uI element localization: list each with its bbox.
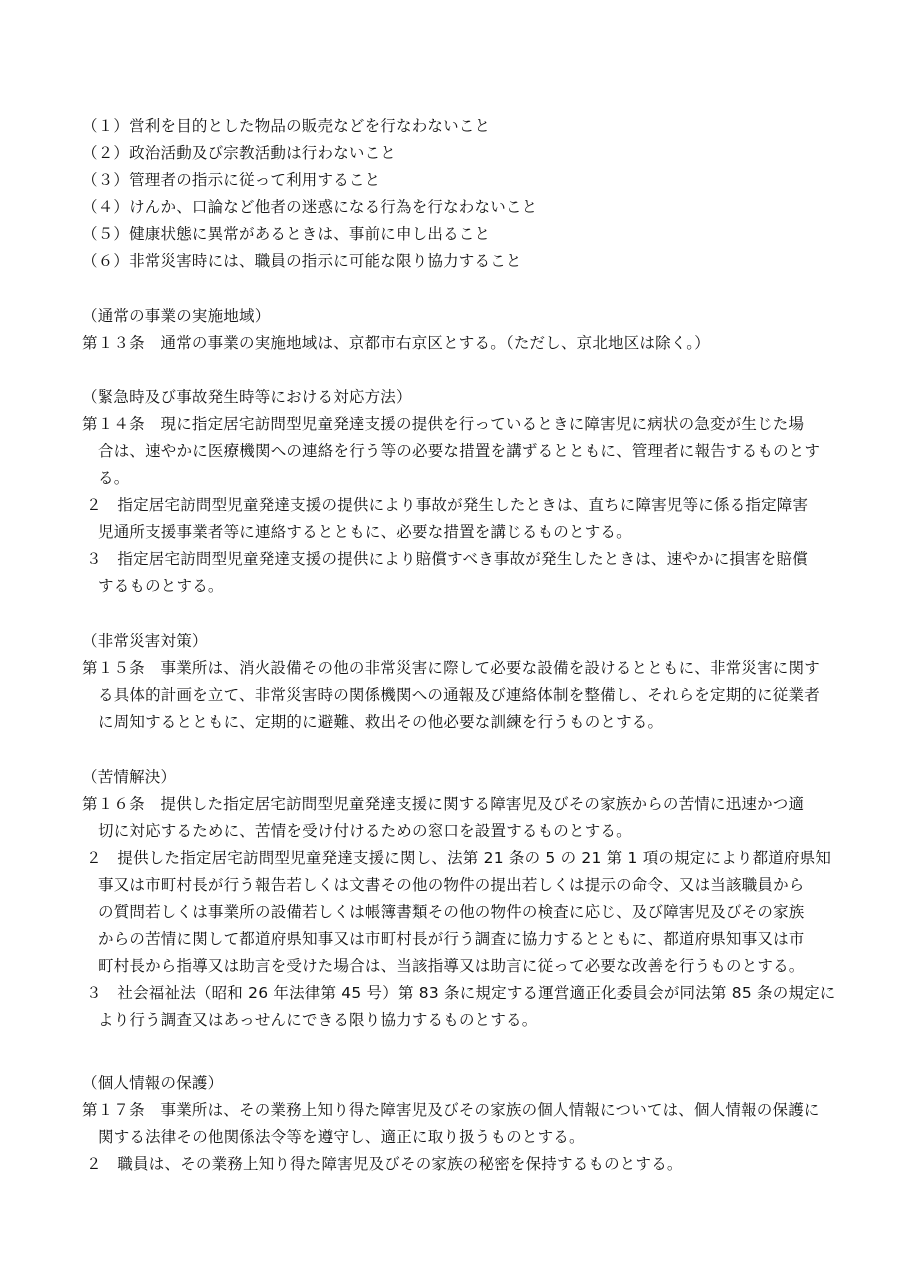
- article-15-line-3: に周知するとともに、定期的に避難、救出その他必要な訓練を行うものとする。: [98, 712, 663, 732]
- article-14-para-3-line-2: するものとする。: [98, 576, 224, 596]
- article-17-para-2: ２ 職員は、その業務上知り得た障害児及びその家族の秘密を保持するものとする。: [86, 1154, 683, 1174]
- article-17-heading: （個人情報の保護）: [82, 1073, 223, 1093]
- article-16-para-2-line-1: ２ 提供した指定居宅訪問型児童発達支援に関し、法第 21 条の 5 の 21 第…: [86, 848, 831, 868]
- article-14-para-3-line-1: ３ 指定居宅訪問型児童発達支援の提供により賠償すべき事故が発生したときは、速やか…: [86, 549, 808, 569]
- document-page: （１）営利を目的とした物品の販売などを行なわないこと （２）政治活動及び宗教活動…: [0, 0, 905, 1280]
- rule-item-6: （６）非常災害時には、職員の指示に可能な限り協力すること: [82, 251, 522, 271]
- article-15-heading: （非常災害対策）: [82, 631, 208, 651]
- article-16-line-2: 切に対応するために、苦情を受け付けるための窓口を設置するものとする。: [98, 821, 632, 841]
- rule-item-2: （２）政治活動及び宗教活動は行わないこと: [82, 143, 396, 163]
- article-16-para-2-line-4: からの苦情に関して都道府県知事又は市町村長が行う調査に協力するとともに、都道府県…: [98, 929, 805, 949]
- article-16-para-2-line-3: の質問若しくは事業所の設備若しくは帳簿書類その他の物件の検査に応じ、及び障害児及…: [98, 902, 805, 922]
- rule-item-4: （４）けんか、口論など他者の迷惑になる行為を行なわないこと: [82, 197, 537, 217]
- article-14-line-1: 第１４条 現に指定居宅訪問型児童発達支援の提供を行っているときに障害児に病状の急…: [82, 414, 804, 434]
- article-14-heading: （緊急時及び事故発生時等における対応方法）: [82, 387, 412, 407]
- article-17-line-2: 関する法律その他関係法令等を遵守し、適正に取り扱うものとする。: [98, 1127, 585, 1147]
- article-13-text: 第１３条 通常の事業の実施地域は、京都市右京区とする。（ただし、京北地区は除く。…: [82, 333, 710, 353]
- article-14-para-2-line-1: ２ 指定居宅訪問型児童発達支援の提供により事故が発生したときは、直ちに障害児等に…: [86, 495, 808, 515]
- article-14-line-2: 合は、速やかに医療機関への連絡を行う等の必要な措置を講ずるとともに、管理者に報告…: [98, 441, 820, 461]
- article-16-para-2-line-2: 事又は市町村長が行う報告若しくは文書その他の物件の提出若しくは提示の命令、又は当…: [98, 875, 805, 895]
- article-16-line-1: 第１６条 提供した指定居宅訪問型児童発達支援に関する障害児及びその家族からの苦情…: [82, 794, 804, 814]
- article-16-para-3-line-1: ３ 社会福祉法（昭和 26 年法律第 45 号）第 83 条に規定する運営適正化…: [86, 983, 836, 1003]
- rule-item-3: （３）管理者の指示に従って利用すること: [82, 170, 380, 190]
- article-15-line-1: 第１５条 事業所は、消火設備その他の非常災害に際して必要な設備を設けるとともに、…: [82, 658, 820, 678]
- article-16-para-3-line-2: より行う調査又はあっせんにできる限り協力するものとする。: [98, 1010, 537, 1030]
- rule-item-1: （１）営利を目的とした物品の販売などを行なわないこと: [82, 116, 490, 136]
- article-14-line-3: る。: [98, 468, 129, 488]
- rule-item-5: （５）健康状態に異常があるときは、事前に申し出ること: [82, 224, 490, 244]
- article-17-line-1: 第１７条 事業所は、その業務上知り得た障害児及びその家族の個人情報については、個…: [82, 1100, 820, 1120]
- article-15-line-2: る具体的計画を立て、非常災害時の関係機関への通報及び連絡体制を整備し、それらを定…: [98, 685, 820, 705]
- article-16-heading: （苦情解決）: [82, 767, 176, 787]
- article-16-para-2-line-5: 町村長から指導又は助言を受けた場合は、当該指導又は助言に従って必要な改善を行うも…: [98, 956, 805, 976]
- article-14-para-2-line-2: 児通所支援事業者等に連絡するとともに、必要な措置を講じるものとする。: [98, 522, 632, 542]
- article-13-heading: （通常の事業の実施地域）: [82, 306, 270, 326]
